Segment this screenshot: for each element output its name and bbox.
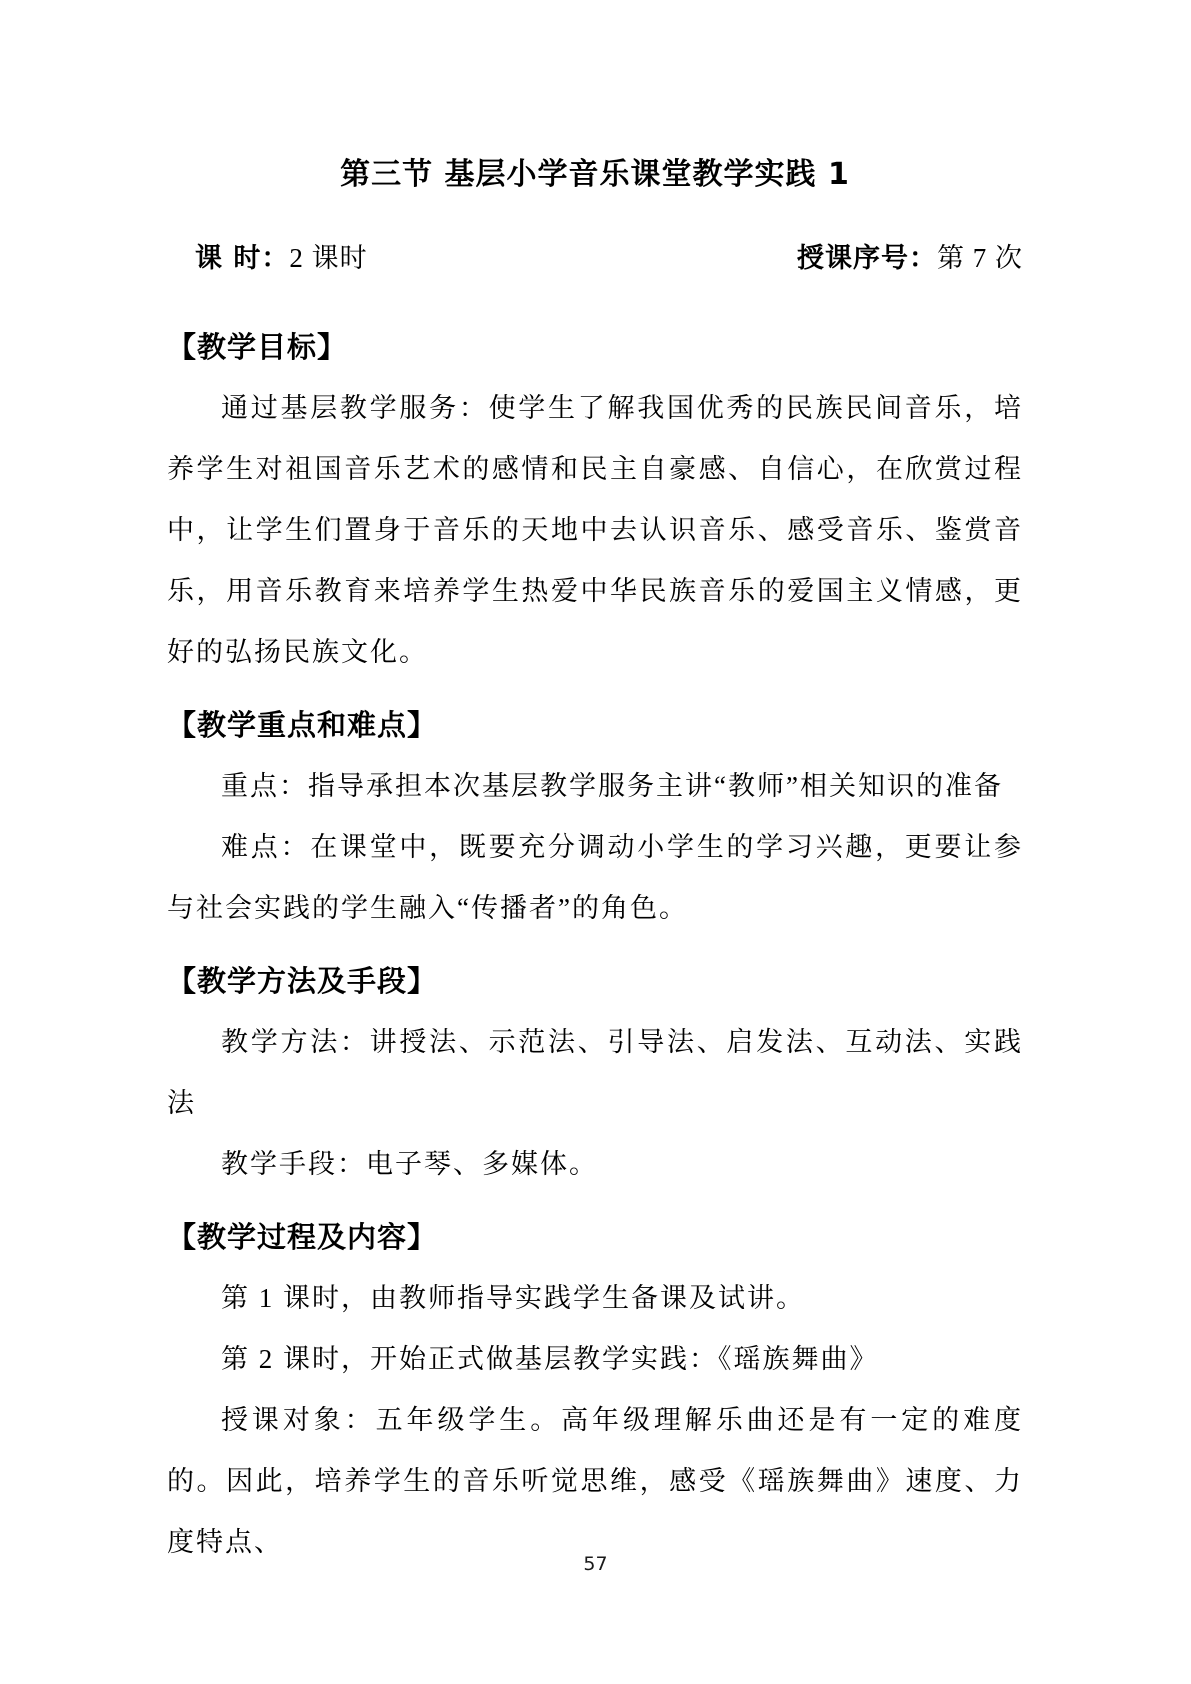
session-number: 授课序号：第 7 次 <box>797 240 1023 277</box>
paragraph: 重点：指导承担本次基层教学服务主讲“教师”相关知识的准备 <box>167 756 1023 817</box>
document-title: 第三节 基层小学音乐课堂教学实践 1 <box>167 153 1023 197</box>
meta-row: 课 时：2 课时 授课序号：第 7 次 <box>167 240 1023 277</box>
paragraph: 通过基层教学服务：使学生了解我国优秀的民族民间音乐，培养学生对祖国音乐艺术的感情… <box>167 378 1023 683</box>
sections-container: 【教学目标】通过基层教学服务：使学生了解我国优秀的民族民间音乐，培养学生对祖国音… <box>167 317 1023 1573</box>
section-heading: 【教学过程及内容】 <box>167 1207 1023 1268</box>
class-hours-value: 2 课时 <box>289 243 367 273</box>
section-heading: 【教学目标】 <box>167 317 1023 378</box>
session-number-value: 第 7 次 <box>937 243 1023 273</box>
page-number: 57 <box>0 1553 1191 1575</box>
section-heading: 【教学方法及手段】 <box>167 951 1023 1012</box>
paragraph: 教学方法：讲授法、示范法、引导法、启发法、互动法、实践法 <box>167 1012 1023 1134</box>
paragraph: 教学手段：电子琴、多媒体。 <box>167 1134 1023 1195</box>
paragraph: 授课对象：五年级学生。高年级理解乐曲还是有一定的难度的。因此，培养学生的音乐听觉… <box>167 1390 1023 1573</box>
paragraph: 难点：在课堂中，既要充分调动小学生的学习兴趣，更要让参与社会实践的学生融入“传播… <box>167 817 1023 939</box>
paragraph: 第 1 课时，由教师指导实践学生备课及试讲。 <box>167 1268 1023 1329</box>
paragraph: 第 2 课时，开始正式做基层教学实践：《瑶族舞曲》 <box>167 1329 1023 1390</box>
session-number-label: 授课序号： <box>797 243 937 274</box>
class-hours: 课 时：2 课时 <box>195 240 368 277</box>
class-hours-label: 课 时： <box>195 243 289 274</box>
section-heading: 【教学重点和难点】 <box>167 695 1023 756</box>
document-page: 第三节 基层小学音乐课堂教学实践 1 课 时：2 课时 授课序号：第 7 次 【… <box>0 0 1191 1684</box>
